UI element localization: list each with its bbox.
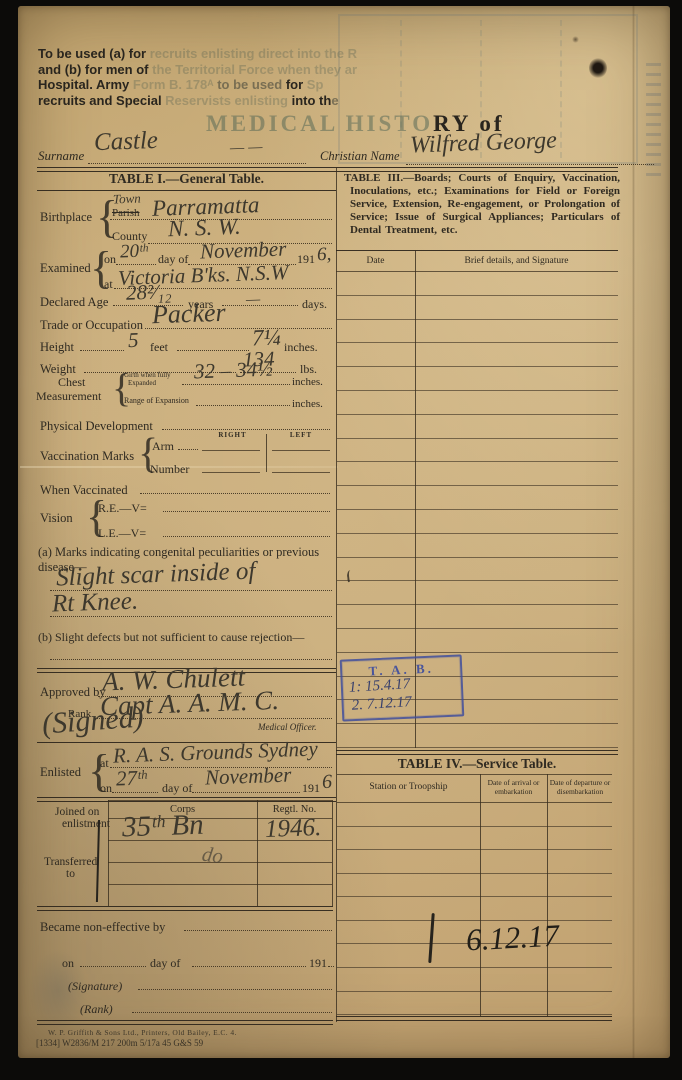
rule	[336, 1016, 612, 1021]
notice-text-faded: Sp	[307, 77, 324, 92]
birthplace-town-word: Town	[113, 192, 141, 206]
fill-line	[192, 966, 306, 967]
chest-label-1: Chest	[58, 376, 85, 389]
weight-lbs-label: lbs.	[300, 363, 317, 376]
document-photo: To be used (a) for recruits enlisting di…	[0, 0, 682, 1080]
transferred-to-label-2: to	[66, 868, 75, 881]
empty-table-row	[337, 558, 618, 582]
fill-line	[162, 429, 330, 430]
enlisted-day-value: 27ᵗʰ	[116, 767, 147, 789]
christian-name-label: Christian Name	[320, 150, 400, 164]
empty-table-row	[337, 272, 618, 296]
vision-re-label: R.E.—V=	[98, 502, 147, 515]
fill-line	[140, 493, 330, 494]
vacc-left-header: Left	[275, 432, 327, 440]
vacc-number-label: Number	[150, 463, 189, 476]
examined-day-value: 20ᵗʰ	[120, 242, 148, 262]
notice-text-faded: recruits enlisting direct into the R	[150, 46, 357, 61]
fill-line	[163, 536, 330, 537]
medical-officer-label: Medical Officer.	[258, 723, 316, 733]
notice-line: recruits and Special Reservists enlistin…	[38, 93, 598, 109]
notice-text: and (b) for men of	[38, 62, 152, 77]
empty-table-row	[337, 968, 612, 992]
tab-inoculation-stamp: T. A. B. 1: 15.4.17 2. 7.12.17	[340, 654, 465, 721]
examined-month-value: November	[200, 239, 287, 263]
transferred-to-label-1: Transferred	[44, 856, 97, 869]
table4-title: TABLE IV.—Service Table.	[336, 757, 618, 772]
signature-label: (Signature)	[68, 980, 122, 993]
empty-table-row	[337, 367, 618, 391]
fill-line	[80, 966, 146, 967]
rank-bottom-label: (Rank)	[80, 1003, 113, 1016]
table4-column-divider	[547, 774, 548, 1016]
rule	[336, 250, 618, 251]
fill-line	[192, 792, 300, 793]
notice-text: recruits and Special	[38, 93, 165, 108]
fill-line	[50, 616, 332, 617]
notice-text-mid: to be used	[217, 77, 286, 92]
vacc-right-line2	[202, 472, 260, 473]
chest-girth-label-2: Expanded	[128, 380, 156, 388]
surname-label: Surname	[38, 149, 84, 163]
table3-details-header: Brief details, and Signature	[415, 256, 618, 266]
tab-stamp-date-1: 1: 15.4.17	[349, 677, 411, 696]
height-feet-value: 5	[128, 330, 139, 351]
fill-line	[184, 930, 332, 931]
empty-table-row	[337, 486, 618, 510]
notice-text: Hospital. Army	[38, 77, 133, 92]
marks-a-handwriting-2: Rt Knee.	[52, 589, 139, 617]
vacc-right-line	[202, 450, 260, 451]
notice-text-faded: Form B. 178ᴬ	[133, 77, 217, 92]
fill-line	[328, 966, 334, 967]
enlisted-label: Enlisted	[40, 766, 81, 780]
table3-title: TABLE III.—Boards; Courts of Enquiry, Va…	[344, 172, 620, 237]
notice-text: To be used (a) for	[38, 46, 150, 61]
fill-line	[163, 511, 330, 512]
tab-stamp-date-2: 2. 7.12.17	[351, 695, 412, 714]
enlisted-on-label: on	[100, 782, 112, 795]
surname-dash: — —	[230, 139, 263, 156]
noneff-year-label: 191	[309, 957, 327, 970]
table3-date-header: Date	[336, 256, 415, 266]
declared-age-label: Declared Age	[40, 296, 108, 310]
notice-text: for	[286, 77, 307, 92]
chest-inches2-label: inches.	[292, 398, 323, 410]
vaccination-marks-label: Vaccination Marks	[40, 450, 134, 464]
vacc-column-divider	[266, 434, 267, 472]
regtl-no-column-header: Regtl. No.	[257, 804, 332, 816]
vision-le-label: L.E.—V=	[98, 527, 146, 540]
empty-table-row	[337, 534, 618, 558]
fill-line	[182, 384, 290, 385]
ditto-scribble: do	[201, 844, 225, 868]
fill-line	[112, 792, 158, 793]
vacc-left-line2	[272, 472, 330, 473]
christian-name-value: Wilfred George	[410, 128, 558, 157]
birthplace-county-value: N. S. W.	[168, 215, 241, 241]
table4-empty-rows	[337, 803, 612, 1015]
noneff-on-label: on	[62, 957, 74, 970]
empty-table-row	[337, 510, 618, 534]
title-faded: MEDICAL	[206, 111, 346, 136]
empty-table-row	[337, 439, 618, 463]
fill-line	[50, 659, 332, 660]
notice-text-faded: the Territorial Force when they ar	[152, 62, 357, 77]
signed-handwriting: (Signed)	[41, 702, 144, 739]
examined-year-hw: 6,	[317, 245, 332, 264]
rule	[336, 750, 618, 755]
empty-table-row	[337, 629, 618, 653]
empty-table-row	[337, 897, 612, 921]
print-code: [1334] W2836/M 217 200m 5/17a 45 G&S 59	[36, 1039, 203, 1049]
corps-table-vline	[257, 800, 258, 906]
empty-table-row	[337, 992, 612, 1016]
height-inches-label: inches.	[284, 341, 318, 354]
corps-table-vline	[108, 800, 109, 906]
surname-value: Castle	[94, 128, 159, 155]
table4-station-header: Station or Troopship	[337, 782, 480, 792]
empty-table-row	[337, 724, 618, 748]
noneff-dayof-label: day of	[150, 957, 180, 970]
fill-line	[196, 405, 290, 406]
joined-on-label-1: Joined on	[55, 806, 99, 819]
notice-line: and (b) for men of the Territorial Force…	[38, 62, 598, 78]
notice-text-faded: Reservists enlisting	[165, 93, 291, 108]
height-feet-label: feet	[150, 341, 168, 354]
fill-line	[178, 449, 198, 450]
fill-line	[132, 1012, 332, 1013]
approved-by-label: Approved by	[40, 686, 106, 700]
chest-girth-value: 32 – 34½	[194, 359, 273, 383]
table4-header-top	[337, 774, 612, 775]
printer-imprint: W. P. Griffith & Sons Ltd., Printers, Ol…	[48, 1029, 237, 1037]
rule	[336, 167, 618, 172]
height-label: Height	[40, 341, 74, 355]
examined-label: Examined	[40, 262, 91, 276]
enlisted-year-hw: 6	[322, 772, 333, 792]
empty-table-row	[337, 827, 612, 851]
enlisted-year-printed: 191	[302, 782, 320, 795]
chest-label-2: Measurement	[36, 390, 101, 403]
empty-table-row	[337, 320, 618, 344]
notice-text: into th	[292, 93, 332, 108]
empty-table-row	[337, 874, 612, 898]
fill-line	[145, 328, 332, 329]
fill-line	[138, 989, 332, 990]
empty-table-row	[337, 296, 618, 320]
faint-side-stamp	[646, 58, 661, 176]
chest-range-label: Range of Expansion	[124, 397, 189, 406]
examined-year-printed: 191	[297, 253, 315, 266]
rule	[37, 1020, 333, 1025]
fill-line	[80, 350, 124, 351]
rule	[37, 906, 333, 911]
empty-table-row	[337, 391, 618, 415]
empty-table-row	[337, 581, 618, 605]
rule	[37, 190, 336, 191]
vacc-arm-label: Arm	[152, 440, 174, 453]
when-vaccinated-label: When Vaccinated	[40, 484, 128, 498]
enlisted-at-label: at	[100, 757, 109, 770]
vacc-left-line	[272, 450, 330, 451]
corps-value: 35ᵗʰ Bn	[122, 811, 205, 843]
defects-b-label: (b) Slight defects but not sufficient to…	[38, 630, 336, 644]
notice-line: Hospital. Army Form B. 178ᴬ to be used f…	[38, 77, 598, 93]
empty-table-row	[337, 850, 612, 874]
enlisted-month-value: November	[205, 765, 292, 789]
table4-arrival-header: Date of arrival or embarkation	[482, 778, 545, 796]
regtl-no-value: 1946.	[265, 815, 322, 842]
form-usage-notice: To be used (a) for recruits enlisting di…	[38, 46, 598, 108]
empty-table-row	[337, 462, 618, 486]
table1-title: TABLE I.—General Table.	[37, 172, 336, 187]
surname-line	[88, 163, 306, 164]
corps-table-vline	[332, 800, 333, 906]
birthplace-parish-label: Parish	[112, 207, 140, 219]
notice-line: To be used (a) for recruits enlisting di…	[38, 46, 598, 62]
examined-on-label: on	[104, 253, 116, 266]
table4-departure-header: Date of departure or disembarkation	[549, 778, 611, 796]
empty-table-row	[337, 343, 618, 367]
christian-name-line	[406, 164, 654, 165]
notice-text-mid: e	[331, 93, 338, 108]
vision-label: Vision	[40, 512, 73, 526]
fill-line	[222, 305, 298, 306]
enlisted-dayof-label: day of	[162, 782, 192, 795]
vacc-right-header: Right	[205, 432, 260, 440]
empty-table-row	[337, 605, 618, 629]
birthplace-label: Birthplace	[40, 211, 92, 225]
chest-inches-label: inches.	[292, 376, 323, 388]
age-days-label: days.	[302, 298, 327, 311]
fill-line	[177, 350, 249, 351]
examined-at-label: at	[104, 278, 113, 291]
empty-table-row	[337, 803, 612, 827]
table4-column-divider	[480, 774, 481, 1016]
physical-development-label: Physical Development	[40, 420, 153, 434]
corps-row-line	[108, 884, 332, 885]
table4-arrival-entry: 6.12.17	[465, 920, 559, 956]
trade-value: Packer	[152, 300, 226, 329]
joined-on-label-2: enlistment	[62, 818, 110, 831]
non-effective-label: Became non-effective by	[40, 921, 165, 935]
corps-table-top	[108, 800, 332, 801]
empty-table-row	[337, 415, 618, 439]
